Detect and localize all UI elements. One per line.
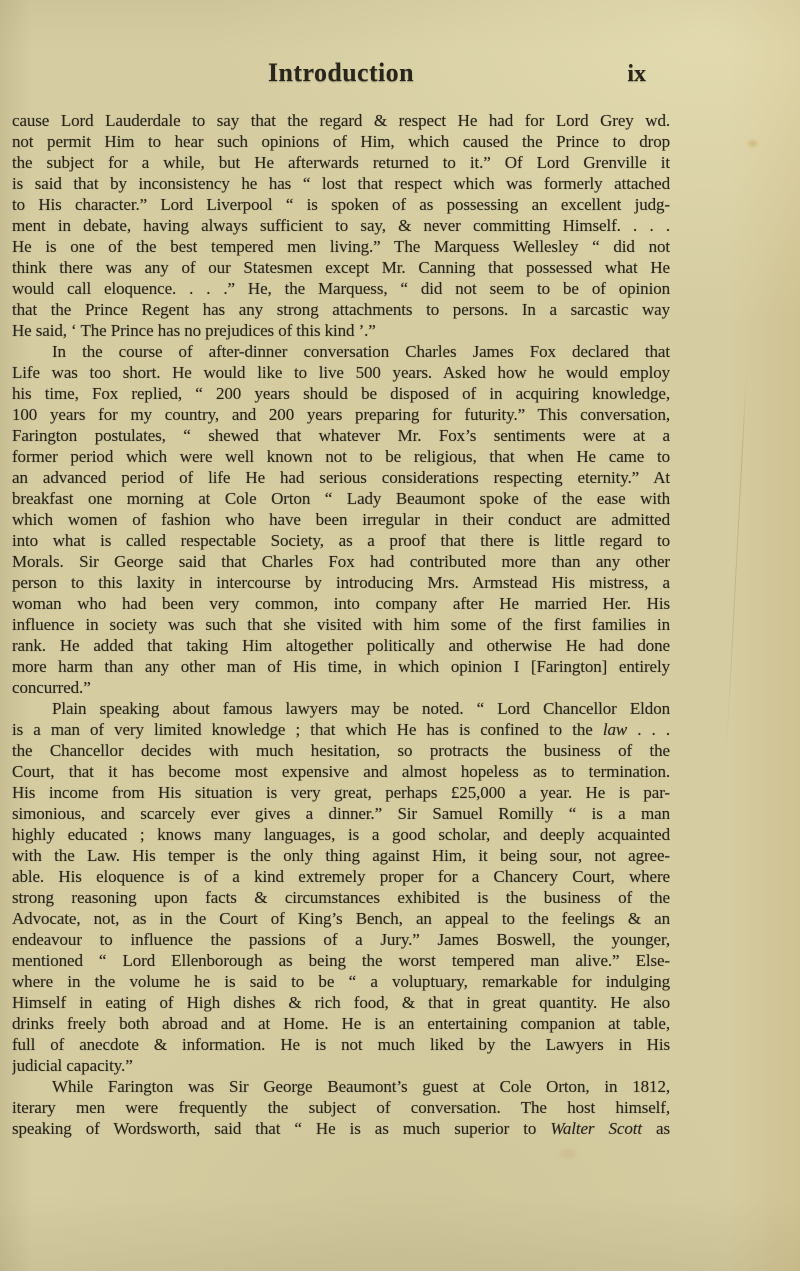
text-line: former period which were well known not … xyxy=(12,446,670,467)
text-line: His income from His situation is very gr… xyxy=(12,782,670,803)
text-run: his time, Fox replied, “ 200 years shoul… xyxy=(12,384,670,403)
text-run: . . . xyxy=(627,720,670,739)
text-line: person to this laxity in intercourse by … xyxy=(12,572,670,593)
text-run: 100 years for my country, and 200 years … xyxy=(12,405,670,424)
text-run: His income from His situation is very gr… xyxy=(12,783,670,802)
text-line: an advanced period of life He had seriou… xyxy=(12,467,670,488)
text-run: highly educated ; knows many languages, … xyxy=(12,825,670,844)
text-run: Advocate, not, as in the Court of King’s… xyxy=(12,909,670,928)
text-run: strong reasoning upon facts & circumstan… xyxy=(12,888,670,907)
page-title: Introduction xyxy=(12,58,670,88)
text-run: Court, that it has become most expensive… xyxy=(12,762,670,781)
text-line: Farington postulates, “ shewed that what… xyxy=(12,425,670,446)
text-run: influence in society was such that she v… xyxy=(12,615,670,634)
text-line: While Farington was Sir George Beaumont’… xyxy=(12,1076,670,1097)
text-run: woman who had been very common, into com… xyxy=(12,594,670,613)
text-line: Himself in eating of High dishes & rich … xyxy=(12,992,670,1013)
page-number: ix xyxy=(627,61,646,88)
italic-text: law xyxy=(603,720,627,739)
text-line: mentioned “ Lord Ellenborough as being t… xyxy=(12,950,670,971)
text-run: Farington postulates, “ shewed that what… xyxy=(12,426,670,445)
text-line: would call eloquence. . . .” He, the Mar… xyxy=(12,278,670,299)
text-run: breakfast one morning at Cole Orton “ La… xyxy=(12,489,670,508)
scanned-book-page: Introduction ix cause Lord Lauderdale to… xyxy=(0,0,800,1271)
text-line: not permit Him to hear such opinions of … xyxy=(12,131,670,152)
text-line: rank. He added that taking Him altogethe… xyxy=(12,635,670,656)
text-run: endeavour to influence the passions of a… xyxy=(12,930,670,949)
text-line: influence in society was such that she v… xyxy=(12,614,670,635)
text-run: judicial capacity.” xyxy=(12,1056,133,1075)
text-line: Morals. Sir George said that Charles Fox… xyxy=(12,551,670,572)
text-line: 100 years for my country, and 200 years … xyxy=(12,404,670,425)
text-line: highly educated ; knows many languages, … xyxy=(12,824,670,845)
text-run: the subject for a while, but He afterwar… xyxy=(12,153,670,172)
text-run: ment in debate, having always sufficient… xyxy=(12,216,670,235)
text-run: simonious, and scarcely ever gives a din… xyxy=(12,804,670,823)
text-line: his time, Fox replied, “ 200 years shoul… xyxy=(12,383,670,404)
text-run: He is one of the best tempered men livin… xyxy=(12,237,670,256)
text-line: the Chancellor decides with much hesitat… xyxy=(12,740,670,761)
text-run: former period which were well known not … xyxy=(12,447,670,466)
text-run: that the Prince Regent has any strong at… xyxy=(12,300,670,319)
text-line: is said that by inconsistency he has “ l… xyxy=(12,173,670,194)
text-line: judicial capacity.” xyxy=(12,1055,670,1076)
text-run: think there was any of our Statesmen exc… xyxy=(12,258,670,277)
text-line: Advocate, not, as in the Court of King’s… xyxy=(12,908,670,929)
paragraph: In the course of after-dinner conversati… xyxy=(12,341,670,698)
text-line: cause Lord Lauderdale to say that the re… xyxy=(12,110,670,131)
text-line: breakfast one morning at Cole Orton “ La… xyxy=(12,488,670,509)
page-header: Introduction ix xyxy=(12,58,670,92)
text-line: which women of fashion who have been irr… xyxy=(12,509,670,530)
text-run: able. His eloquence is of a kind extreme… xyxy=(12,867,670,886)
paper-smudge-artifact xyxy=(560,1150,576,1158)
italic-text: Walter Scott xyxy=(550,1119,642,1138)
text-line: iterary men were frequently the subject … xyxy=(12,1097,670,1118)
text-line: In the course of after-dinner conversati… xyxy=(12,341,670,362)
text-line: with the Law. His temper is the only thi… xyxy=(12,845,670,866)
text-line: where in the volume he is said to be “ a… xyxy=(12,971,670,992)
text-line: that the Prince Regent has any strong at… xyxy=(12,299,670,320)
text-run: Himself in eating of High dishes & rich … xyxy=(12,993,670,1012)
text-line: to His character.” Lord Liverpool “ is s… xyxy=(12,194,670,215)
text-run: more harm than any other man of His time… xyxy=(12,657,670,676)
text-run: with the Law. His temper is the only thi… xyxy=(12,846,670,865)
text-run: cause Lord Lauderdale to say that the re… xyxy=(12,111,670,130)
text-run: speaking of Wordsworth, said that “ He i… xyxy=(12,1119,550,1138)
text-line: He said, ‘ The Prince has no prejudices … xyxy=(12,320,670,341)
text-run: as xyxy=(642,1119,670,1138)
body-text: cause Lord Lauderdale to say that the re… xyxy=(12,110,670,1139)
text-run: person to this laxity in intercourse by … xyxy=(12,573,670,592)
text-run: drinks freely both abroad and at Home. H… xyxy=(12,1014,670,1033)
page-content: Introduction ix cause Lord Lauderdale to… xyxy=(12,58,670,1139)
text-run: rank. He added that taking Him altogethe… xyxy=(12,636,670,655)
text-run: would call eloquence. . . .” He, the Mar… xyxy=(12,279,670,298)
text-line: woman who had been very common, into com… xyxy=(12,593,670,614)
text-run: is a man of very limited knowledge ; tha… xyxy=(12,720,603,739)
text-line: He is one of the best tempered men livin… xyxy=(12,236,670,257)
text-line: full of anecdote & information. He is no… xyxy=(12,1034,670,1055)
text-run: the Chancellor decides with much hesitat… xyxy=(12,741,670,760)
text-line: think there was any of our Statesmen exc… xyxy=(12,257,670,278)
text-line: ment in debate, having always sufficient… xyxy=(12,215,670,236)
text-line: Court, that it has become most expensive… xyxy=(12,761,670,782)
text-run: Morals. Sir George said that Charles Fox… xyxy=(12,552,670,571)
text-line: concurred.” xyxy=(12,677,670,698)
text-run: to His character.” Lord Liverpool “ is s… xyxy=(12,195,670,214)
paragraph: cause Lord Lauderdale to say that the re… xyxy=(12,110,670,341)
text-line: speaking of Wordsworth, said that “ He i… xyxy=(12,1118,670,1139)
text-run: full of anecdote & information. He is no… xyxy=(12,1035,670,1054)
text-run: Plain speaking about famous lawyers may … xyxy=(52,699,670,718)
text-line: is a man of very limited knowledge ; tha… xyxy=(12,719,670,740)
text-line: Life was too short. He would like to liv… xyxy=(12,362,670,383)
text-line: more harm than any other man of His time… xyxy=(12,656,670,677)
text-run: where in the volume he is said to be “ a… xyxy=(12,972,670,991)
text-line: able. His eloquence is of a kind extreme… xyxy=(12,866,670,887)
paragraph: While Farington was Sir George Beaumont’… xyxy=(12,1076,670,1139)
text-run: which women of fashion who have been irr… xyxy=(12,510,670,529)
text-line: strong reasoning upon facts & circumstan… xyxy=(12,887,670,908)
paragraph: Plain speaking about famous lawyers may … xyxy=(12,698,670,1076)
text-run: concurred.” xyxy=(12,678,91,697)
text-line: drinks freely both abroad and at Home. H… xyxy=(12,1013,670,1034)
paper-fiber-artifact xyxy=(726,372,747,752)
text-run: an advanced period of life He had seriou… xyxy=(12,468,670,487)
text-run: iterary men were frequently the subject … xyxy=(12,1098,670,1117)
text-run: While Farington was Sir George Beaumont’… xyxy=(52,1077,670,1096)
text-run: is said that by inconsistency he has “ l… xyxy=(12,174,670,193)
text-line: Plain speaking about famous lawyers may … xyxy=(12,698,670,719)
text-run: In the course of after-dinner conversati… xyxy=(52,342,670,361)
text-line: endeavour to influence the passions of a… xyxy=(12,929,670,950)
text-line: the subject for a while, but He afterwar… xyxy=(12,152,670,173)
text-run: He said, ‘ The Prince has no prejudices … xyxy=(12,321,376,340)
text-run: Life was too short. He would like to liv… xyxy=(12,363,670,382)
text-line: into what is called respectable Society,… xyxy=(12,530,670,551)
text-line: simonious, and scarcely ever gives a din… xyxy=(12,803,670,824)
text-run: into what is called respectable Society,… xyxy=(12,531,670,550)
text-run: mentioned “ Lord Ellenborough as being t… xyxy=(12,951,670,970)
paper-stain-artifact xyxy=(748,140,757,147)
text-run: not permit Him to hear such opinions of … xyxy=(12,132,670,151)
